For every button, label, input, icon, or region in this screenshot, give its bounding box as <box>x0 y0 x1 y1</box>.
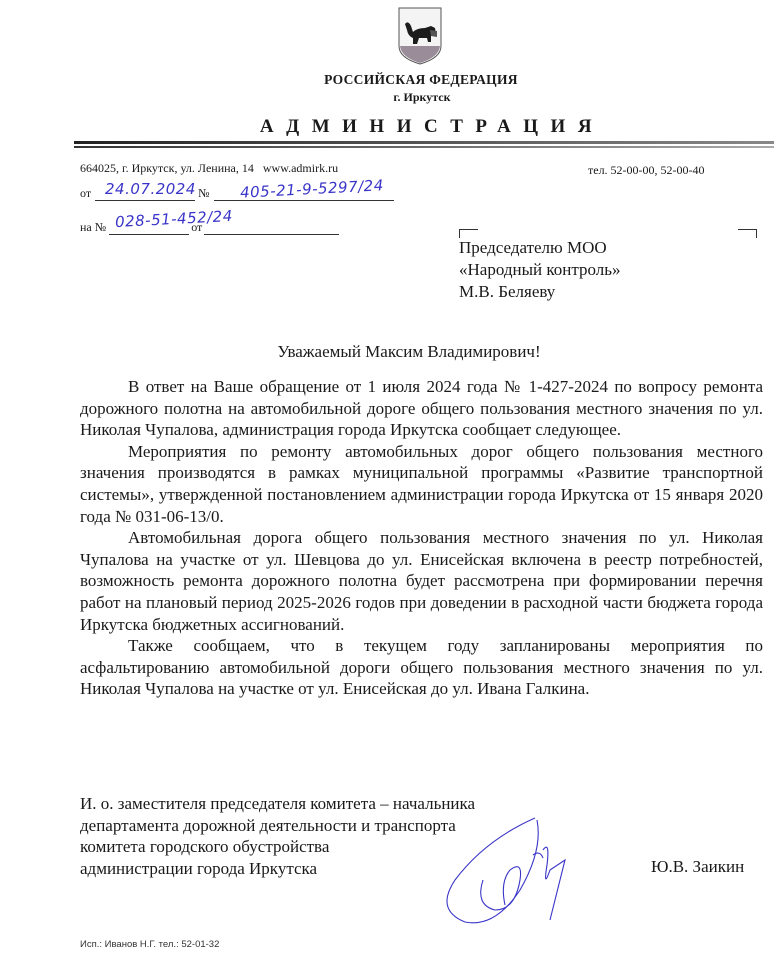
organization-address: 664025, г. Иркутск, ул. Ленина, 14 www.a… <box>80 161 338 176</box>
signatory-position: И. о. заместителя председателя комитета … <box>80 793 475 879</box>
letter-body: В ответ на Ваше обращение от 1 июля 2024… <box>80 376 763 700</box>
header-rule-thin <box>74 146 774 148</box>
number-label: № <box>198 186 209 201</box>
addressee-block: Председателю МОО «Народный контроль» М.В… <box>459 237 621 303</box>
executor-contact: Исп.: Иванов Н.Г. тел.: 52-01-32 <box>80 939 219 950</box>
addressee-line: М.В. Беляеву <box>459 281 621 303</box>
organization-phones: тел. 52-00-00, 52-00-40 <box>588 163 705 178</box>
reply-to-label: на № <box>80 220 106 235</box>
handwritten-signature-icon <box>425 810 600 930</box>
addressee-corner-right <box>738 229 757 238</box>
greeting: Уважаемый Максим Владимирович! <box>0 342 782 362</box>
position-line: И. о. заместителя председателя комитета … <box>80 793 475 815</box>
signer-name: Ю.В. Заикин <box>651 857 744 877</box>
body-paragraph: В ответ на Ваше обращение от 1 июля 2024… <box>80 376 763 441</box>
city-heading: г. Иркутск <box>0 90 782 105</box>
coat-of-arms-icon <box>395 6 445 66</box>
body-paragraph: Автомобильная дорога общего пользования … <box>80 527 763 635</box>
date-label: от <box>80 186 91 201</box>
addressee-line: «Народный контроль» <box>459 259 621 281</box>
position-line: департамента дорожной деятельности и тра… <box>80 815 475 837</box>
header-rule-thick <box>74 141 774 144</box>
organization-title: АДМИНИСТРАЦИЯ <box>0 116 782 138</box>
body-paragraph: Также сообщаем, что в текущем году запла… <box>80 635 763 700</box>
body-paragraph: Мероприятия по ремонту автомобильных дор… <box>80 441 763 527</box>
country-heading: РОССИЙСКАЯ ФЕДЕРАЦИЯ <box>0 72 782 88</box>
position-line: администрации города Иркутска <box>80 858 475 880</box>
handwritten-date: 24.07.2024 <box>105 180 196 198</box>
position-line: комитета городского обустройства <box>80 836 475 858</box>
addressee-line: Председателю МОО <box>459 237 621 259</box>
